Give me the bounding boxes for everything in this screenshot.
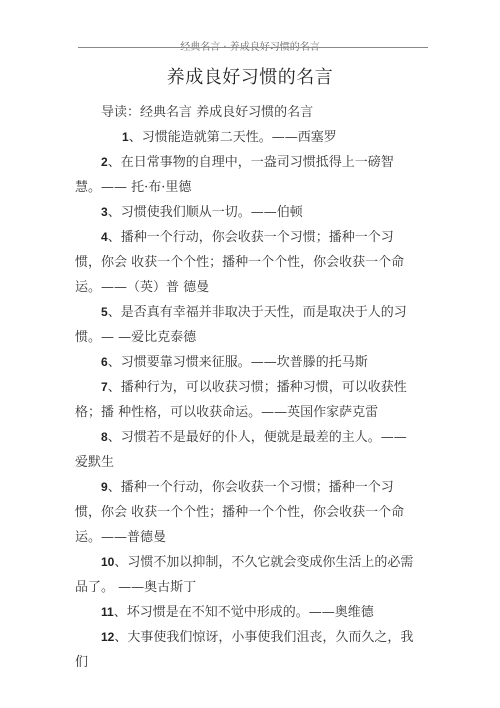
quote-item: 11、坏习惯是在不知不觉中形成的。——奥维德 [75, 600, 415, 625]
quote-number: 2 [101, 155, 108, 169]
quote-item: 4、播种一个行动，你会收获一个习惯；播种一个习惯，你会 收获一个个性；播种一个个… [75, 225, 415, 300]
quote-number: 10 [101, 555, 114, 569]
quote-text: 、播种一个行动，你会收获一个习惯；播种一个习惯，你会 收获一个个性；播种一个个性… [75, 480, 404, 545]
quote-number: 7 [101, 380, 108, 394]
quote-item: 5、是否真有幸福并非取决于天性，而是取决于人的习惯。— —爱比克泰德 [75, 300, 415, 350]
quote-item: 2、在日常事物的自理中，一盎司习惯抵得上一磅智慧。—— 托·布·里德 [75, 150, 415, 200]
quote-text: 、习惯若不是最好的仆人，便就是最差的主人。——爱默生 [75, 430, 407, 470]
quote-text: 、播种一个行动，你会收获一个习惯；播种一个习惯，你会 收获一个个性；播种一个个性… [75, 230, 404, 295]
quote-text: 、播种行为，可以收获习惯；播种习惯，可以收获性格；播 种性格，可以收获命运。——… [75, 380, 407, 420]
quote-text: 、在日常事物的自理中，一盎司习惯抵得上一磅智慧。—— 托·布·里德 [75, 155, 394, 195]
quote-text: 、坏习惯是在不知不觉中形成的。——奥维德 [114, 605, 374, 620]
quote-number: 8 [101, 430, 108, 444]
quote-item: 12、大事使我们惊讶，小事使我们沮丧，久而久之，我们 [75, 625, 415, 675]
document-title: 养成良好习惯的名言 [0, 63, 500, 89]
header-divider [78, 47, 428, 48]
quote-number: 12 [101, 630, 114, 644]
quote-text: 、是否真有幸福并非取决于天性，而是取决于人的习惯。— —爱比克泰德 [75, 305, 407, 345]
quote-text: 、习惯不加以抑制，不久它就会变成你生活上的必需品了。 ——奥古斯丁 [75, 555, 413, 595]
quote-number: 4 [101, 230, 108, 244]
quote-number: 1 [122, 130, 129, 144]
quote-number: 5 [101, 305, 108, 319]
quote-item: 8、习惯若不是最好的仆人，便就是最差的主人。——爱默生 [75, 425, 415, 475]
quote-number: 3 [101, 205, 108, 219]
running-header: 经典名言 · 养成良好习惯的名言 [0, 38, 500, 53]
quote-text: 、习惯能造就第二天性。——西塞罗 [129, 130, 337, 145]
quote-item: 1、习惯能造就第二天性。——西塞罗 [75, 125, 415, 150]
quote-number: 11 [101, 605, 114, 619]
quote-number: 9 [101, 480, 108, 494]
document-body: 导读：经典名言 养成良好习惯的名言 1、习惯能造就第二天性。——西塞罗 2、在日… [75, 100, 415, 675]
quote-item: 7、播种行为，可以收获习惯；播种习惯，可以收获性格；播 种性格，可以收获命运。—… [75, 375, 415, 425]
quote-text: 、大事使我们惊讶，小事使我们沮丧，久而久之，我们 [75, 630, 413, 670]
quote-item: 9、播种一个行动，你会收获一个习惯；播种一个习惯，你会 收获一个个性；播种一个个… [75, 475, 415, 550]
quote-item: 6、习惯要靠习惯来征服。——坎普滕的托马斯 [75, 350, 415, 375]
intro-paragraph: 导读：经典名言 养成良好习惯的名言 [75, 100, 415, 125]
quote-item: 10、习惯不加以抑制，不久它就会变成你生活上的必需品了。 ——奥古斯丁 [75, 550, 415, 600]
quote-text: 、习惯要靠习惯来征服。——坎普滕的托马斯 [108, 355, 368, 370]
quote-item: 3、习惯使我们顺从一切。——伯顿 [75, 200, 415, 225]
quote-text: 、习惯使我们顺从一切。——伯顿 [108, 205, 303, 220]
quote-number: 6 [101, 355, 108, 369]
